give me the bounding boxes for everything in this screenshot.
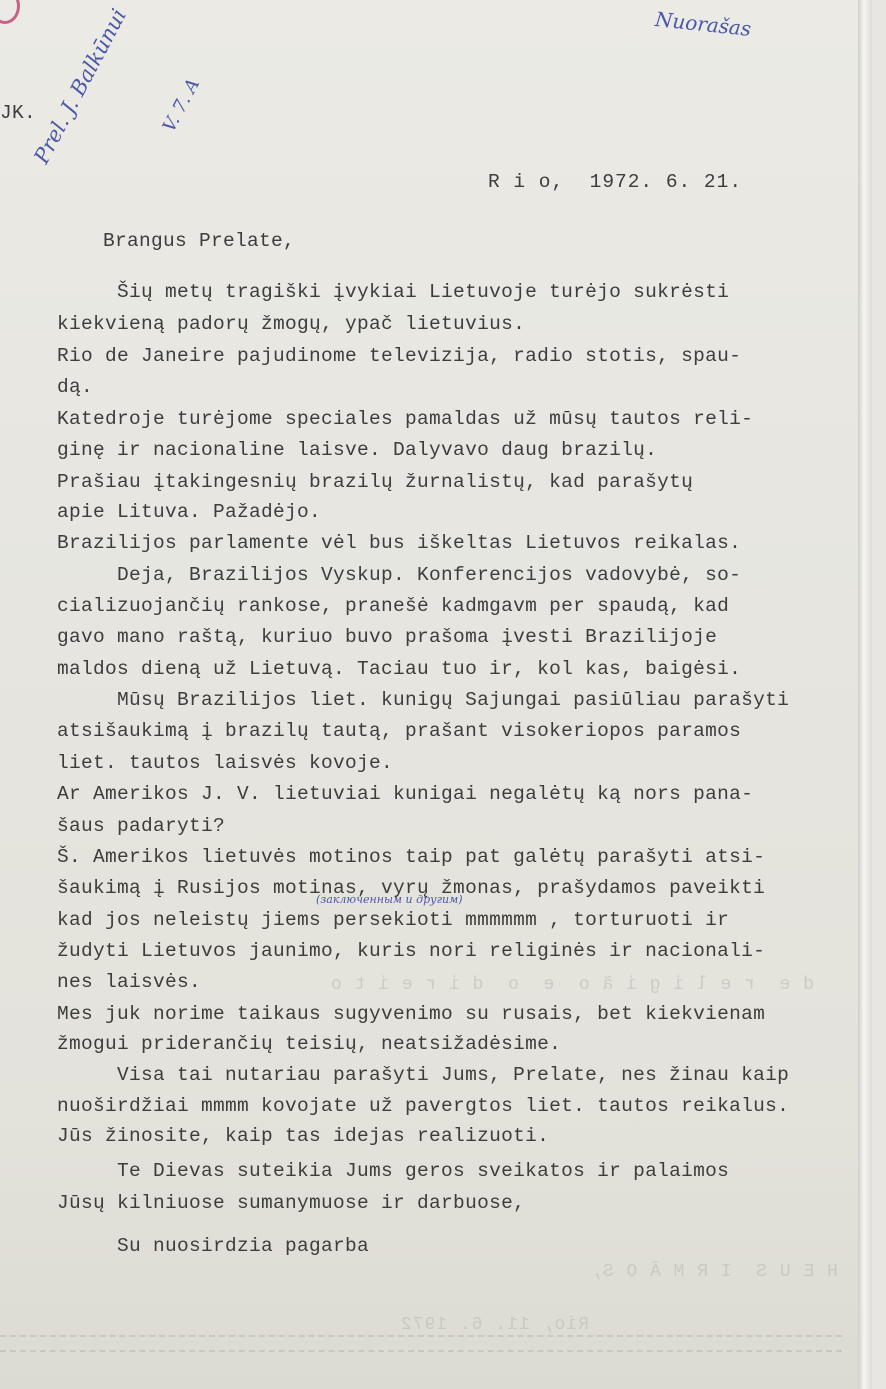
body-line: apie Lituva. Pažadėjo. — [57, 503, 321, 523]
salutation: Brangus Prelate, — [103, 232, 295, 252]
body-line: Te Dievas suteikia Jums geros sveikatos … — [57, 1162, 729, 1182]
body-line: Ar Amerikos J. V. lietuviai kunigai nega… — [57, 785, 753, 805]
body-line: dą. — [57, 378, 93, 398]
body-line: cializuojančių rankose, pranešė kadmgavm… — [57, 597, 729, 617]
body-line: Mūsų Brazilijos liet. kunigų Sajungai pa… — [57, 691, 789, 711]
handwritten-copy-note: Nuorašas — [654, 7, 752, 41]
body-line: Jūs žinosite, kaip tas idejas realizuoti… — [57, 1127, 549, 1147]
body-line: žmogui priderančių teisių, neatsižadėsim… — [57, 1035, 561, 1055]
place-date: R i o, 1972. 6. 21. — [488, 173, 742, 193]
body-line: nuoširdžiai mmmm kovojate už pavergtos l… — [57, 1097, 789, 1117]
bleed-through-rule — [0, 1335, 842, 1337]
body-line: Šių metų tragiški įvykiai Lietuvoje turė… — [57, 283, 729, 303]
body-line: šaus padaryti? — [57, 817, 225, 837]
body-line: kad jos neleistų jiems persekioti mmmmmm… — [57, 911, 729, 931]
bleed-through-text: d e r e l i g i ã o e o d i r e i t o — [330, 975, 814, 995]
handwritten-recipient-note: Prel. J. Balkūnui — [29, 5, 131, 168]
body-line: liet. tautos laisvės kovoje. — [57, 754, 393, 774]
body-line: gavo mano raštą, kuriuo buvo prašoma įve… — [57, 628, 717, 648]
bleed-through-text: H E U S I R M Ã O S, — [590, 1262, 838, 1282]
body-line: Jūsų kilniuose sumanymuose ir darbuose, — [57, 1194, 525, 1214]
body-line: Š. Amerikos lietuvės motinos taip pat ga… — [57, 848, 765, 868]
page-edge — [858, 0, 872, 1389]
body-line: Katedroje turėjome speciales pamaldas už… — [57, 410, 753, 430]
stamp-mark — [0, 0, 20, 24]
body-line: Visa tai nutariau parašyti Jums, Prelate… — [57, 1066, 789, 1086]
body-line: Su nuosirdzia pagarba — [57, 1237, 369, 1257]
body-line: kiekvieną padorų žmogų, ypač lietuvius. — [57, 315, 525, 335]
body-line: atsišaukimą į brazilų tautą, prašant vis… — [57, 722, 741, 742]
body-line: Deja, Brazilijos Vyskup. Konferencijos v… — [57, 566, 741, 586]
body-line: maldos dieną už Lietuvą. Taciau tuo ir, … — [57, 660, 741, 680]
body-line: Brazilijos parlamente vėl bus iškeltas L… — [57, 534, 741, 554]
handwritten-interlinear-note: (заключенным и другим) — [316, 893, 463, 906]
body-line: Mes juk norime taikaus sugyvenimo su rus… — [57, 1005, 765, 1025]
handwritten-date-note: V. 7. A — [159, 75, 204, 135]
body-line: žudyti Lietuvos jaunimo, kuris nori reli… — [57, 942, 765, 962]
bleed-through-date: Rio, 11. 6. 1972 — [400, 1315, 589, 1335]
letter-page: d e r e l i g i ã o e o d i r e i t o H … — [0, 0, 872, 1389]
body-line: nes laisvės. — [57, 973, 201, 993]
body-line: ginę ir nacionaline laisve. Dalyvavo dau… — [57, 441, 657, 461]
body-line: Rio de Janeire pajudinome televizija, ra… — [57, 347, 741, 367]
bleed-through-rule — [0, 1350, 842, 1352]
body-line: Prašiau įtakingesnių brazilų žurnalistų,… — [57, 473, 693, 493]
reference-code: JK. — [0, 104, 36, 124]
